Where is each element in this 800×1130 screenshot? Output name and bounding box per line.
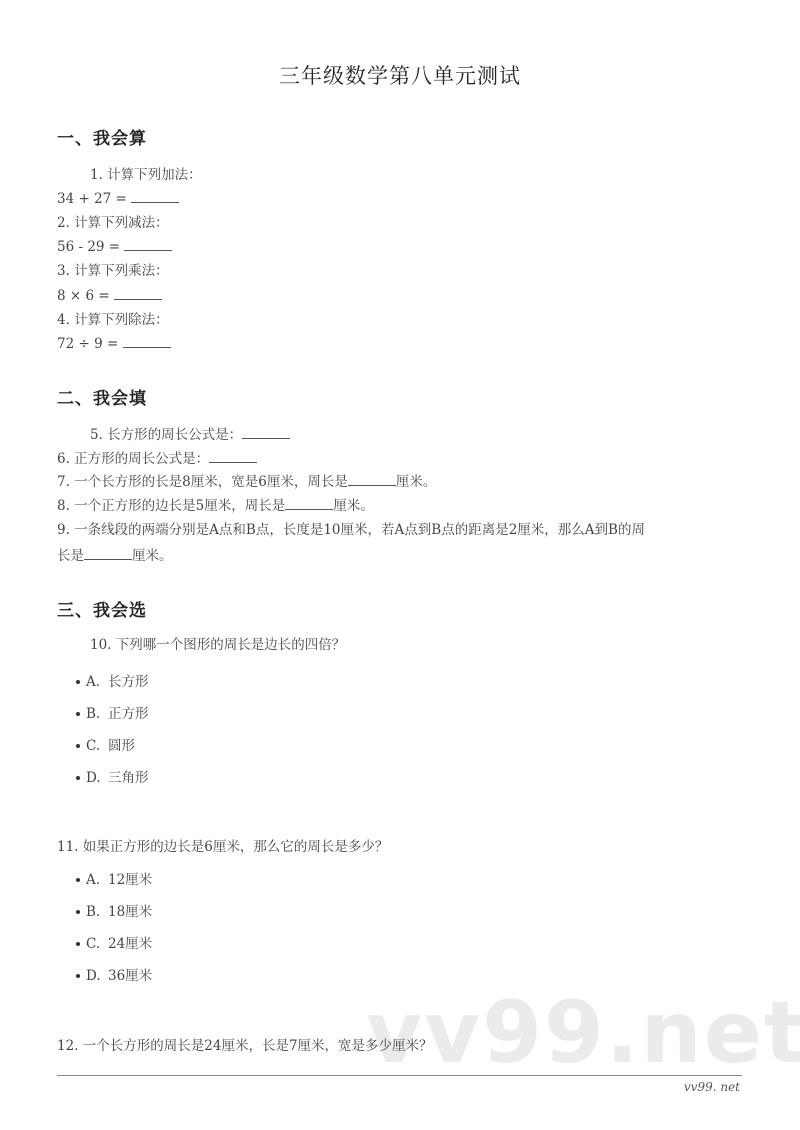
answer-blank (131, 190, 179, 203)
question-4-prompt: 4. 计算下列除法： (57, 311, 169, 329)
expression-text: 56 - 29 = (57, 239, 124, 255)
question-text: 6. 正方形的周长公式是： (57, 451, 209, 467)
question-10-option-b: B.正方形 (76, 705, 149, 723)
question-11-option-a: A.12厘米 (76, 871, 152, 889)
option-letter: C. (86, 935, 108, 953)
option-text: 18厘米 (108, 904, 152, 920)
question-6: 6. 正方形的周长公式是： (57, 450, 257, 468)
question-text: 8. 一个正方形的边长是5厘米，周长是 (57, 498, 285, 514)
question-5: 5. 长方形的周长公式是： (90, 426, 290, 444)
section-heading-fill: 二、我会填 (57, 384, 147, 409)
option-text: 12厘米 (108, 872, 152, 888)
question-10-option-a: A.长方形 (76, 673, 149, 691)
question-4-expression: 72 ÷ 9 = (57, 335, 171, 353)
expression-text: 8 × 6 = (57, 288, 114, 304)
answer-blank (348, 473, 396, 486)
answer-blank (123, 335, 171, 348)
expression-text: 34 + 27 = (57, 191, 131, 207)
page-title: 三年级数学第八单元测试 (0, 60, 800, 90)
watermark: vv99.net (366, 990, 800, 1076)
question-9: 9. 一条线段的两端分别是A点和B点，长度是10厘米，若A点到B点的距离是2厘米… (57, 521, 645, 539)
question-11-option-b: B.18厘米 (76, 903, 152, 921)
unit-text: 厘米。 (396, 474, 437, 490)
question-8: 8. 一个正方形的边长是5厘米，周长是厘米。 (57, 497, 374, 515)
bullet-icon (76, 878, 80, 882)
answer-blank (84, 547, 132, 560)
bullet-icon (76, 680, 80, 684)
question-12: 12. 一个长方形的周长是24厘米，长是7厘米，宽是多少厘米？ (57, 1037, 433, 1055)
footer-site-label: vv99. net (684, 1080, 740, 1094)
question-10: 10. 下列哪一个图形的周长是边长的四倍？ (90, 636, 345, 654)
question-11-option-d: D.36厘米 (76, 967, 152, 985)
question-1-prompt: 1. 计算下列加法： (90, 166, 202, 184)
question-10-option-c: C.圆形 (76, 737, 135, 755)
question-11-option-c: C.24厘米 (76, 935, 152, 953)
bullet-icon (76, 942, 80, 946)
unit-text: 厘米。 (132, 548, 173, 564)
option-text: 三角形 (108, 770, 149, 786)
question-7: 7. 一个长方形的长是8厘米，宽是6厘米，周长是厘米。 (57, 473, 436, 491)
bullet-icon (76, 776, 80, 780)
question-10-option-d: D.三角形 (76, 769, 149, 787)
answer-blank (124, 238, 172, 251)
option-letter: A. (86, 871, 108, 889)
option-text: 圆形 (108, 738, 135, 754)
question-11: 11. 如果正方形的边长是6厘米，那么它的周长是多少？ (57, 838, 388, 856)
section-heading-calculate: 一、我会算 (57, 124, 147, 149)
option-letter: D. (86, 967, 108, 985)
question-text: 7. 一个长方形的长是8厘米，宽是6厘米，周长是 (57, 474, 348, 490)
bullet-icon (76, 712, 80, 716)
footer-divider (57, 1075, 742, 1076)
question-text: 5. 长方形的周长公式是： (90, 427, 242, 443)
question-2-expression: 56 - 29 = (57, 238, 172, 256)
bullet-icon (76, 744, 80, 748)
question-text: 长是 (57, 548, 84, 564)
question-1-expression: 34 + 27 = (57, 190, 179, 208)
option-letter: D. (86, 769, 108, 787)
section-heading-choose: 三、我会选 (57, 596, 147, 621)
option-letter: C. (86, 737, 108, 755)
unit-text: 厘米。 (333, 498, 374, 514)
expression-text: 72 ÷ 9 = (57, 336, 123, 352)
bullet-icon (76, 974, 80, 978)
answer-blank (285, 497, 333, 510)
answer-blank (242, 426, 290, 439)
option-text: 正方形 (108, 706, 149, 722)
bullet-icon (76, 910, 80, 914)
option-text: 36厘米 (108, 968, 152, 984)
option-letter: A. (86, 673, 108, 691)
option-letter: B. (86, 705, 108, 723)
question-2-prompt: 2. 计算下列减法： (57, 214, 169, 232)
document-page: 三年级数学第八单元测试 一、我会算 1. 计算下列加法： 34 + 27 = 2… (0, 0, 800, 1130)
option-text: 24厘米 (108, 936, 152, 952)
option-letter: B. (86, 903, 108, 921)
option-text: 长方形 (108, 674, 149, 690)
answer-blank (209, 450, 257, 463)
question-3-expression: 8 × 6 = (57, 287, 162, 305)
question-3-prompt: 3. 计算下列乘法： (57, 262, 169, 280)
answer-blank (114, 287, 162, 300)
question-9-continued: 长是厘米。 (57, 547, 173, 565)
